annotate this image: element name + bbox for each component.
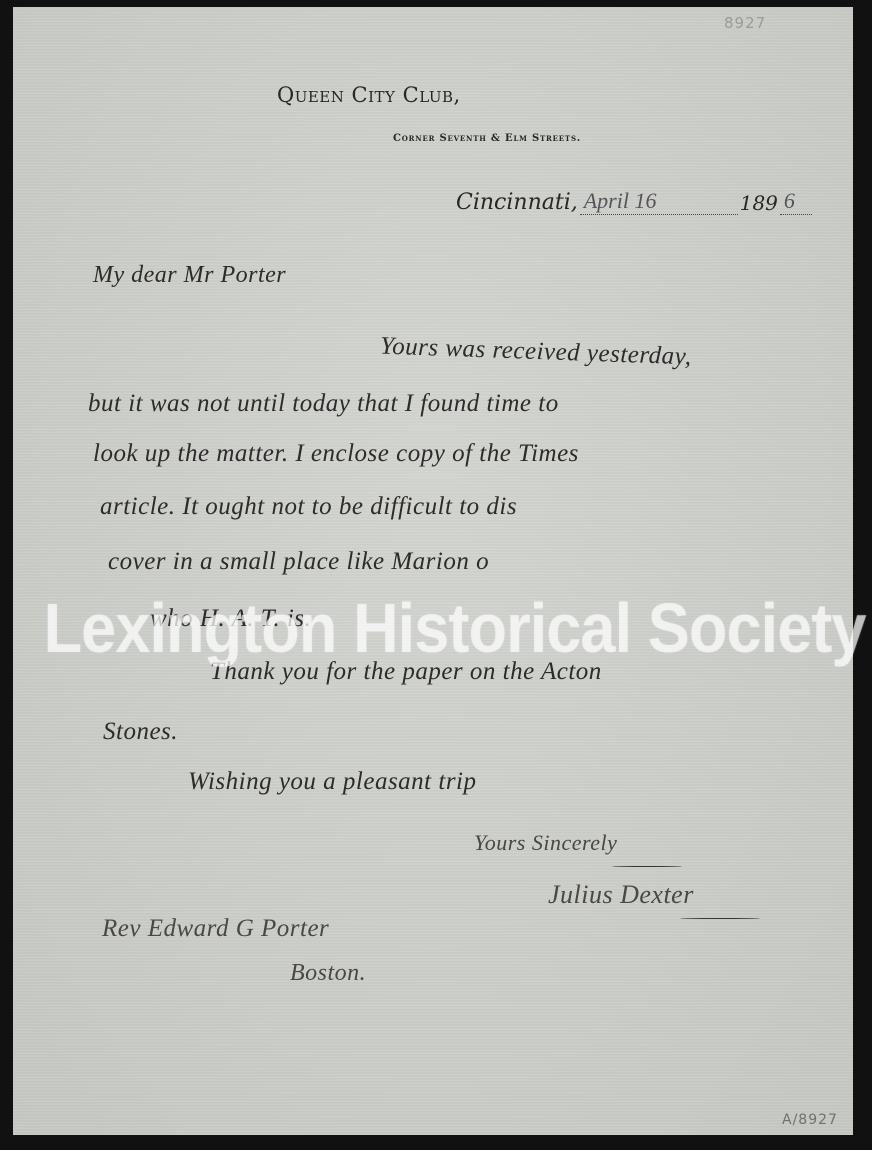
letter-line-6: who H. A. T. is. <box>150 605 311 633</box>
closing-wish: Wishing you a pleasant trip <box>188 768 477 796</box>
addressee-city: Boston. <box>290 960 366 987</box>
valediction-flourish <box>612 866 682 867</box>
letterhead-title: Queen City Club, <box>277 83 461 107</box>
letter-line-2: but it was not until today that I found … <box>88 390 559 418</box>
letter-line-4: article. It ought not to be difficult to… <box>100 493 517 521</box>
letterhead-address: Corner Seventh & Elm Streets. <box>393 133 581 144</box>
salutation: My dear Mr Porter <box>93 262 286 289</box>
letter-line-7: Thank you for the paper on the Acton <box>210 658 602 686</box>
signature-flourish <box>680 918 760 919</box>
dateline-place: Cincinnati, <box>456 190 578 215</box>
letter-line-5: cover in a small place like Marion o <box>108 548 489 576</box>
dateline-year-prefix: 189 <box>740 191 778 215</box>
valediction: Yours Sincerely <box>474 830 617 856</box>
letter-line-3: look up the matter. I enclose copy of th… <box>93 440 579 468</box>
catalog-number-top: 8927 <box>724 14 766 32</box>
dateline-month-day: April 16 <box>580 188 738 215</box>
signature: Julius Dexter <box>548 880 694 910</box>
dateline-year-suffix: 6 <box>780 188 812 215</box>
catalog-number-bottom: A/8927 <box>782 1112 838 1128</box>
dateline: Cincinnati, April 16 189 6 <box>456 188 812 215</box>
addressee-name: Rev Edward G Porter <box>102 915 329 943</box>
letter-line-8: Stones. <box>103 718 178 746</box>
